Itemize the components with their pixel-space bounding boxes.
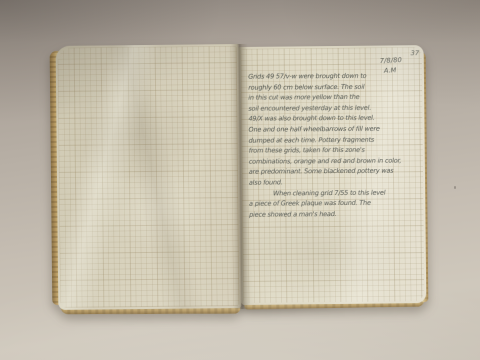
dust-speck (454, 186, 456, 189)
graph-grid-left (58, 46, 240, 308)
photo-scene: 37 7/8/80 A.M Grids 49 57/v-w were broug… (0, 0, 480, 360)
handwriting-line: piece showed a man's head. (249, 208, 421, 220)
page-number: 37 (410, 49, 418, 57)
entry-date: 7/8/80 (379, 56, 401, 65)
handwriting-line: combinations, orange and red and brown i… (249, 155, 421, 167)
right-page: 37 7/8/80 A.M Grids 49 57/v-w were broug… (239, 45, 427, 305)
handwritten-entry: Grids 49 57/v-w were brought down to rou… (248, 70, 421, 220)
left-page (56, 44, 242, 310)
notebook: 37 7/8/80 A.M Grids 49 57/v-w were broug… (56, 42, 427, 314)
paper-wrinkles (56, 44, 242, 310)
